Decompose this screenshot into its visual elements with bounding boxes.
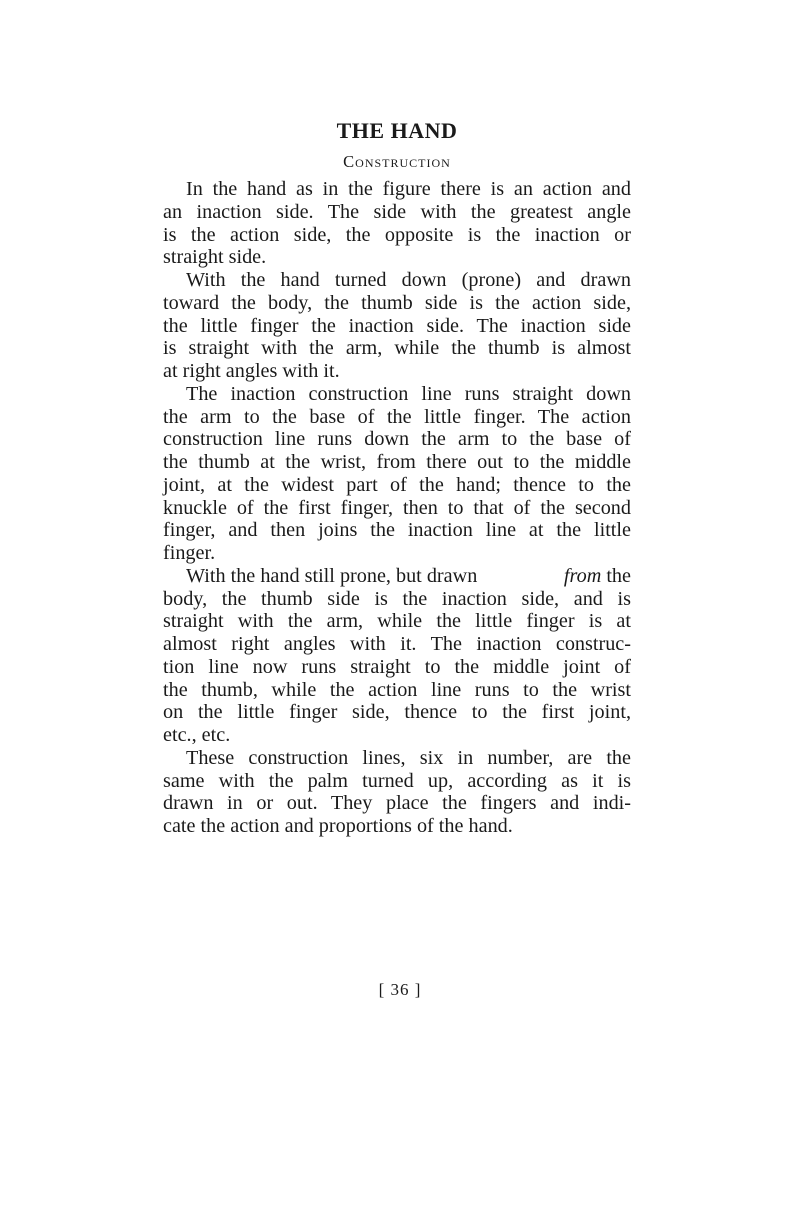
text-line: is the action side, the opposite is the … (163, 224, 631, 247)
text-line: drawn in or out. They place the fingers … (163, 792, 631, 815)
text-line: at right angles with it. (163, 360, 631, 383)
text-line: body, the thumb side is the inaction sid… (163, 588, 631, 611)
text-line: an inaction side. The side with the grea… (163, 201, 631, 224)
text-fragment: With the hand still prone, but drawn (186, 565, 482, 588)
text-line: cate the action and proportions of the h… (163, 815, 631, 838)
paragraph-3: The inaction construction line runs stra… (163, 383, 631, 565)
text-line: almost right angles with it. The inactio… (163, 633, 631, 656)
paragraph-5: These construction lines, six in number,… (163, 747, 631, 838)
text-line: is straight with the arm, while the thum… (163, 337, 631, 360)
text-line: the arm to the base of the little finger… (163, 406, 631, 429)
paragraph-1: In the hand as in the figure there is an… (163, 178, 631, 269)
text-line: tion line now runs straight to the middl… (163, 656, 631, 679)
text-line: finger, and then joins the inaction line… (163, 519, 631, 542)
book-page: THE HAND Construction In the hand as in … (163, 116, 631, 838)
text-fragment: from the (564, 565, 631, 588)
text-line: With the hand turned down (prone) and dr… (163, 269, 631, 292)
text-line: on the little finger side, thence to the… (163, 701, 631, 724)
text-fragment: the (601, 565, 631, 587)
emphasized-word: from (564, 565, 601, 587)
text-line: The inaction construction line runs stra… (163, 383, 631, 406)
text-line: the thumb, while the action line runs to… (163, 679, 631, 702)
chapter-title: THE HAND (163, 116, 631, 150)
text-line: straight with the arm, while the little … (163, 610, 631, 633)
text-line: These construction lines, six in number,… (163, 747, 631, 770)
page-number: [ 36 ] (0, 980, 800, 1000)
paragraph-4: With the hand still prone, but drawn fro… (163, 565, 631, 747)
text-line: In the hand as in the figure there is an… (163, 178, 631, 201)
body-text: In the hand as in the figure there is an… (163, 178, 631, 838)
text-line: etc., etc. (163, 724, 631, 747)
text-line: toward the body, the thumb side is the a… (163, 292, 631, 315)
text-line: straight side. (163, 246, 631, 269)
text-line: finger. (163, 542, 631, 565)
text-line: construction line runs down the arm to t… (163, 428, 631, 451)
text-line: knuckle of the first finger, then to tha… (163, 497, 631, 520)
text-line: With the hand still prone, but drawn fro… (163, 565, 631, 588)
paragraph-2: With the hand turned down (prone) and dr… (163, 269, 631, 383)
text-line: the thumb at the wrist, from there out t… (163, 451, 631, 474)
text-line: same with the palm turned up, according … (163, 770, 631, 793)
section-subtitle: Construction (163, 150, 631, 174)
text-line: joint, at the widest part of the hand; t… (163, 474, 631, 497)
text-line: the little finger the inaction side. The… (163, 315, 631, 338)
